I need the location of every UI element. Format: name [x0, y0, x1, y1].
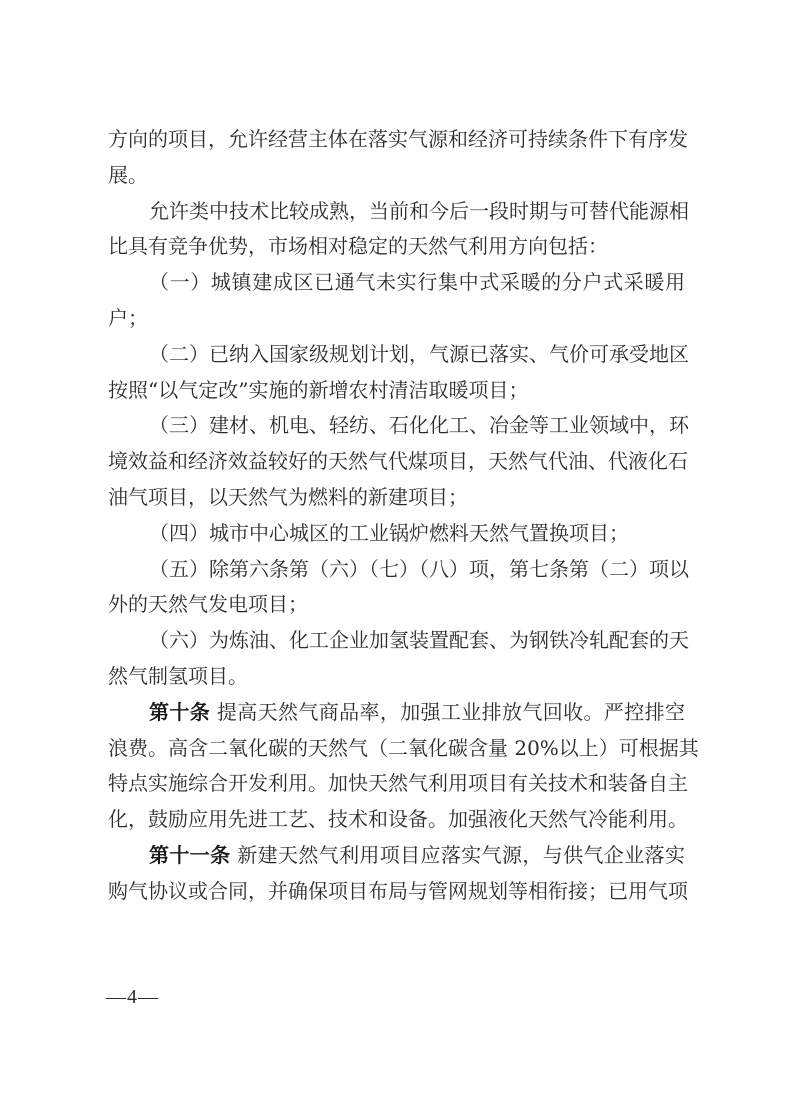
text-line: 按照“以气定改”实施的新增农村清洁取暖项目；: [108, 373, 685, 409]
article-11: 第十一条 新建天然气利用项目应落实气源，与供气企业落实: [108, 838, 685, 874]
page-number: —4—: [106, 986, 159, 1009]
text-line: 特点实施综合开发利用。加快天然气利用项目有关技术和装备自主: [108, 766, 685, 802]
article-11-heading: 第十一条: [149, 843, 230, 867]
list-item-2: （二）已纳入国家级规划计划，气源已落实、气价可承受地区: [108, 337, 685, 373]
text-line: 展。: [108, 158, 685, 194]
text-line: 比具有竞争优势，市场相对稳定的天然气利用方向包括：: [108, 229, 685, 265]
list-item-3: （三）建材、机电、轻纺、石化化工、冶金等工业领域中，环: [108, 408, 685, 444]
text-line: 方向的项目，允许经营主体在落实气源和经济可持续条件下有序发: [108, 122, 685, 158]
list-item-5: （五）除第六条第（六）（七）（八）项，第七条第（二）项以: [108, 552, 685, 588]
text-line: 浪费。高含二氧化碳的天然气（二氧化碳含量 20%以上）可根据其: [108, 731, 685, 767]
text-line: 油气项目，以天然气为燃料的新建项目；: [108, 480, 685, 516]
document-page: 方向的项目，允许经营主体在落实气源和经济可持续条件下有序发 展。 允许类中技术比…: [0, 0, 794, 1119]
list-item-4: （四）城市中心城区的工业锅炉燃料天然气置换项目；: [108, 516, 685, 552]
text-line: 外的天然气发电项目；: [108, 587, 685, 623]
article-10-text: 提高天然气商品率，加强工业排放气回收。严控排空: [210, 700, 685, 724]
body-text: 方向的项目，允许经营主体在落实气源和经济可持续条件下有序发 展。 允许类中技术比…: [108, 122, 685, 910]
article-11-text: 新建天然气利用项目应落实气源，与供气企业落实: [230, 843, 685, 867]
text-line: 化，鼓励应用先进工艺、技术和设备。加强液化天然气冷能利用。: [108, 802, 685, 838]
text-line: 户；: [108, 301, 685, 337]
article-10-heading: 第十条: [149, 700, 210, 724]
text-line: 境效益和经济效益较好的天然气代煤项目，天然气代油、代液化石: [108, 444, 685, 480]
list-item-6: （六）为炼油、化工企业加氢装置配套、为钢铁冷轧配套的天: [108, 623, 685, 659]
paragraph-allowed-intro: 允许类中技术比较成熟，当前和今后一段时期与可替代能源相: [108, 194, 685, 230]
text-line: 购气协议或合同，并确保项目布局与管网规划等相衔接；已用气项: [108, 874, 685, 910]
text-line: 然气制氢项目。: [108, 659, 685, 695]
list-item-1: （一）城镇建成区已通气未实行集中式采暖的分户式采暖用: [108, 265, 685, 301]
article-10: 第十条 提高天然气商品率，加强工业排放气回收。严控排空: [108, 695, 685, 731]
